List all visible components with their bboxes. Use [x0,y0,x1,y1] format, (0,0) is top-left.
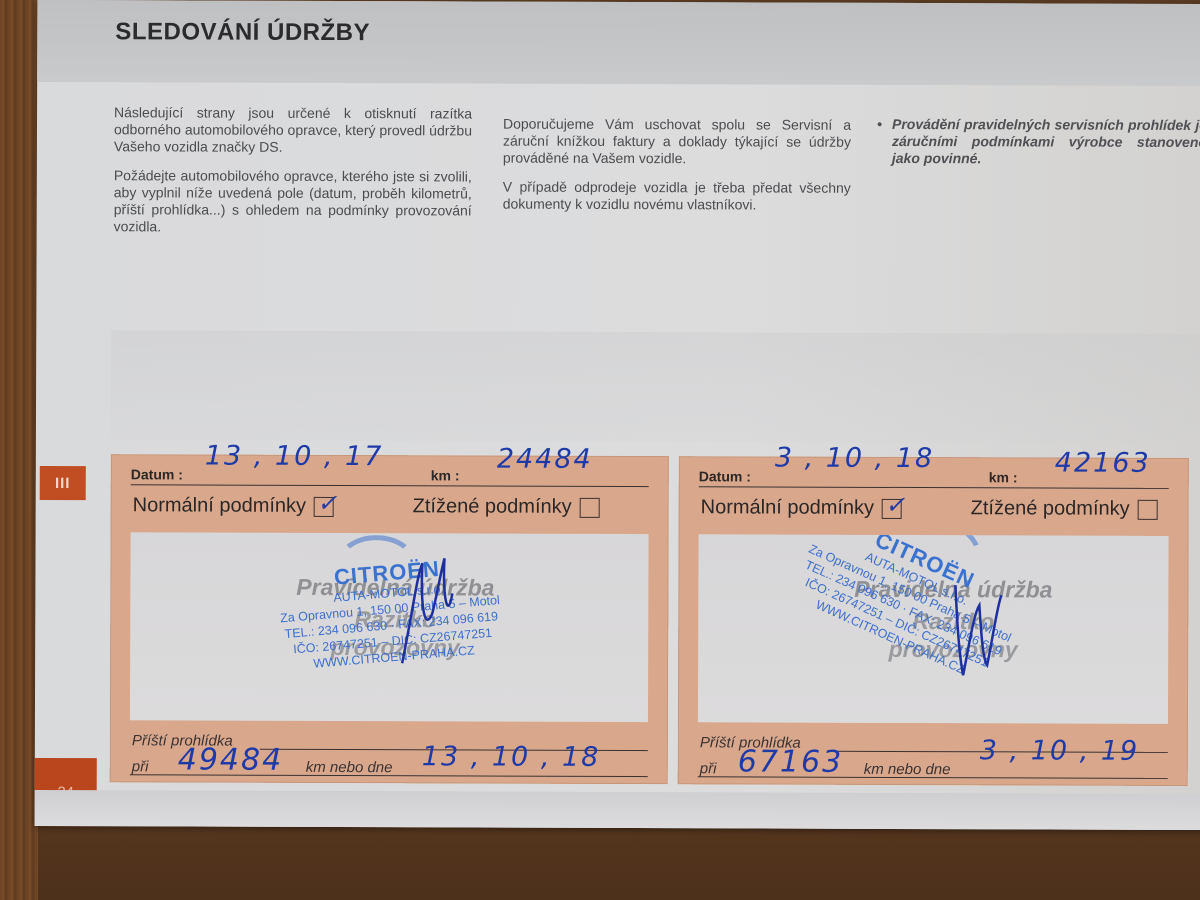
intro-paragraph: V případě odprodeje vozidla je třeba pře… [503,179,851,214]
conditions-row: Normální podmínky ✓ Ztížené podmínky [131,490,649,522]
km-value[interactable]: 24484 [497,444,593,475]
km-or-date-label: km nebo dne [306,759,393,776]
normal-conditions: Normální podmínky ✓ [133,494,334,518]
harsh-conditions-checkbox[interactable] [580,497,600,517]
service-book-page: SLEDOVÁNÍ ÚDRŽBY Následující strany jsou… [35,0,1200,830]
mandatory-note: Provádění pravidelných servisních prohlí… [892,116,1200,168]
date-label: Datum : [699,468,751,484]
dealer-stamp: CITROËN AUTA-MOTOL s.r.o. Za Opravnou 1,… [750,534,1066,706]
signature [943,565,1013,685]
intro-paragraph: Požádejte automobilového opravce, kteréh… [114,167,472,236]
at-label: při [700,760,717,777]
next-km-value[interactable]: 67163 [738,744,844,779]
stamp-area: Pravidelná údržba Razítko provozovny CIT… [130,532,649,722]
next-inspection-row: Příští prohlídka při 67163 km nebo dne 3… [698,726,1168,786]
conditions-row: Normální podmínky ✓ Ztížené podmínky [699,492,1169,524]
check-icon: ✓ [317,488,337,517]
maintenance-record-2: Datum : 3 , 10 , 18 km : 42163 Normální … [678,456,1189,786]
harsh-conditions: Ztížené podmínky [971,497,1158,521]
stamp-area: Pravidelná údržba Razítko provozovny CIT… [698,534,1169,724]
intro-column-1: Následující strany jsou určené k otisknu… [114,104,472,248]
intro-paragraph: Následující strany jsou určené k otisknu… [114,104,472,156]
normal-conditions-checkbox[interactable]: ✓ [314,496,334,516]
header-band: SLEDOVÁNÍ ÚDRŽBY [37,0,1200,86]
harsh-conditions-label: Ztížené podmínky [413,495,572,519]
km-value[interactable]: 42163 [1055,448,1151,479]
dealer-stamp: CITROËN AUTA-MOTOL s.r.o. Za Opravnou 1,… [236,549,544,678]
chapter-tab: III [40,466,86,500]
at-label: při [132,758,149,775]
date-km-row: Datum : 13 , 10 , 17 km : 24484 [131,454,649,487]
check-icon: ✓ [885,490,905,519]
next-inspection-row: Příští prohlídka při 49484 km nebo dne 1… [130,724,648,784]
page-title: SLEDOVÁNÍ ÚDRŽBY [115,18,370,47]
next-km-value[interactable]: 49484 [178,742,284,777]
normal-conditions-label: Normální podmínky [701,496,874,520]
date-label: Datum : [131,466,183,482]
date-value[interactable]: 13 , 10 , 17 [205,441,384,473]
show-through-back-page [111,330,1200,444]
page-bottom-margin [35,790,1200,830]
km-label: km : [989,469,1018,485]
signature [392,553,462,673]
normal-conditions-checkbox[interactable]: ✓ [882,498,902,518]
harsh-conditions-checkbox[interactable] [1138,499,1158,519]
date-km-row: Datum : 3 , 10 , 18 km : 42163 [699,456,1169,489]
bullet-icon: • [877,116,882,133]
wooden-surface-left [0,0,38,900]
maintenance-record-1: Datum : 13 , 10 , 17 km : 24484 Normální… [110,454,669,784]
intro-paragraph: Doporučujeme Vám uschovat spolu se Servi… [503,116,851,168]
harsh-conditions: Ztížené podmínky [413,495,600,519]
normal-conditions-label: Normální podmínky [133,494,306,518]
intro-column-2: Doporučujeme Vám uschovat spolu se Servi… [503,116,851,226]
harsh-conditions-label: Ztížené podmínky [971,497,1130,521]
km-or-date-label: km nebo dne [864,761,951,778]
next-date-value[interactable]: 13 , 10 , 18 [422,741,601,773]
intro-column-3-note: • Provádění pravidelných servisních proh… [877,116,1200,168]
next-date-value[interactable]: 3 , 10 , 19 [980,735,1139,767]
date-value[interactable]: 3 , 10 , 18 [775,443,934,475]
km-label: km : [431,467,460,483]
normal-conditions: Normální podmínky ✓ [701,496,902,520]
